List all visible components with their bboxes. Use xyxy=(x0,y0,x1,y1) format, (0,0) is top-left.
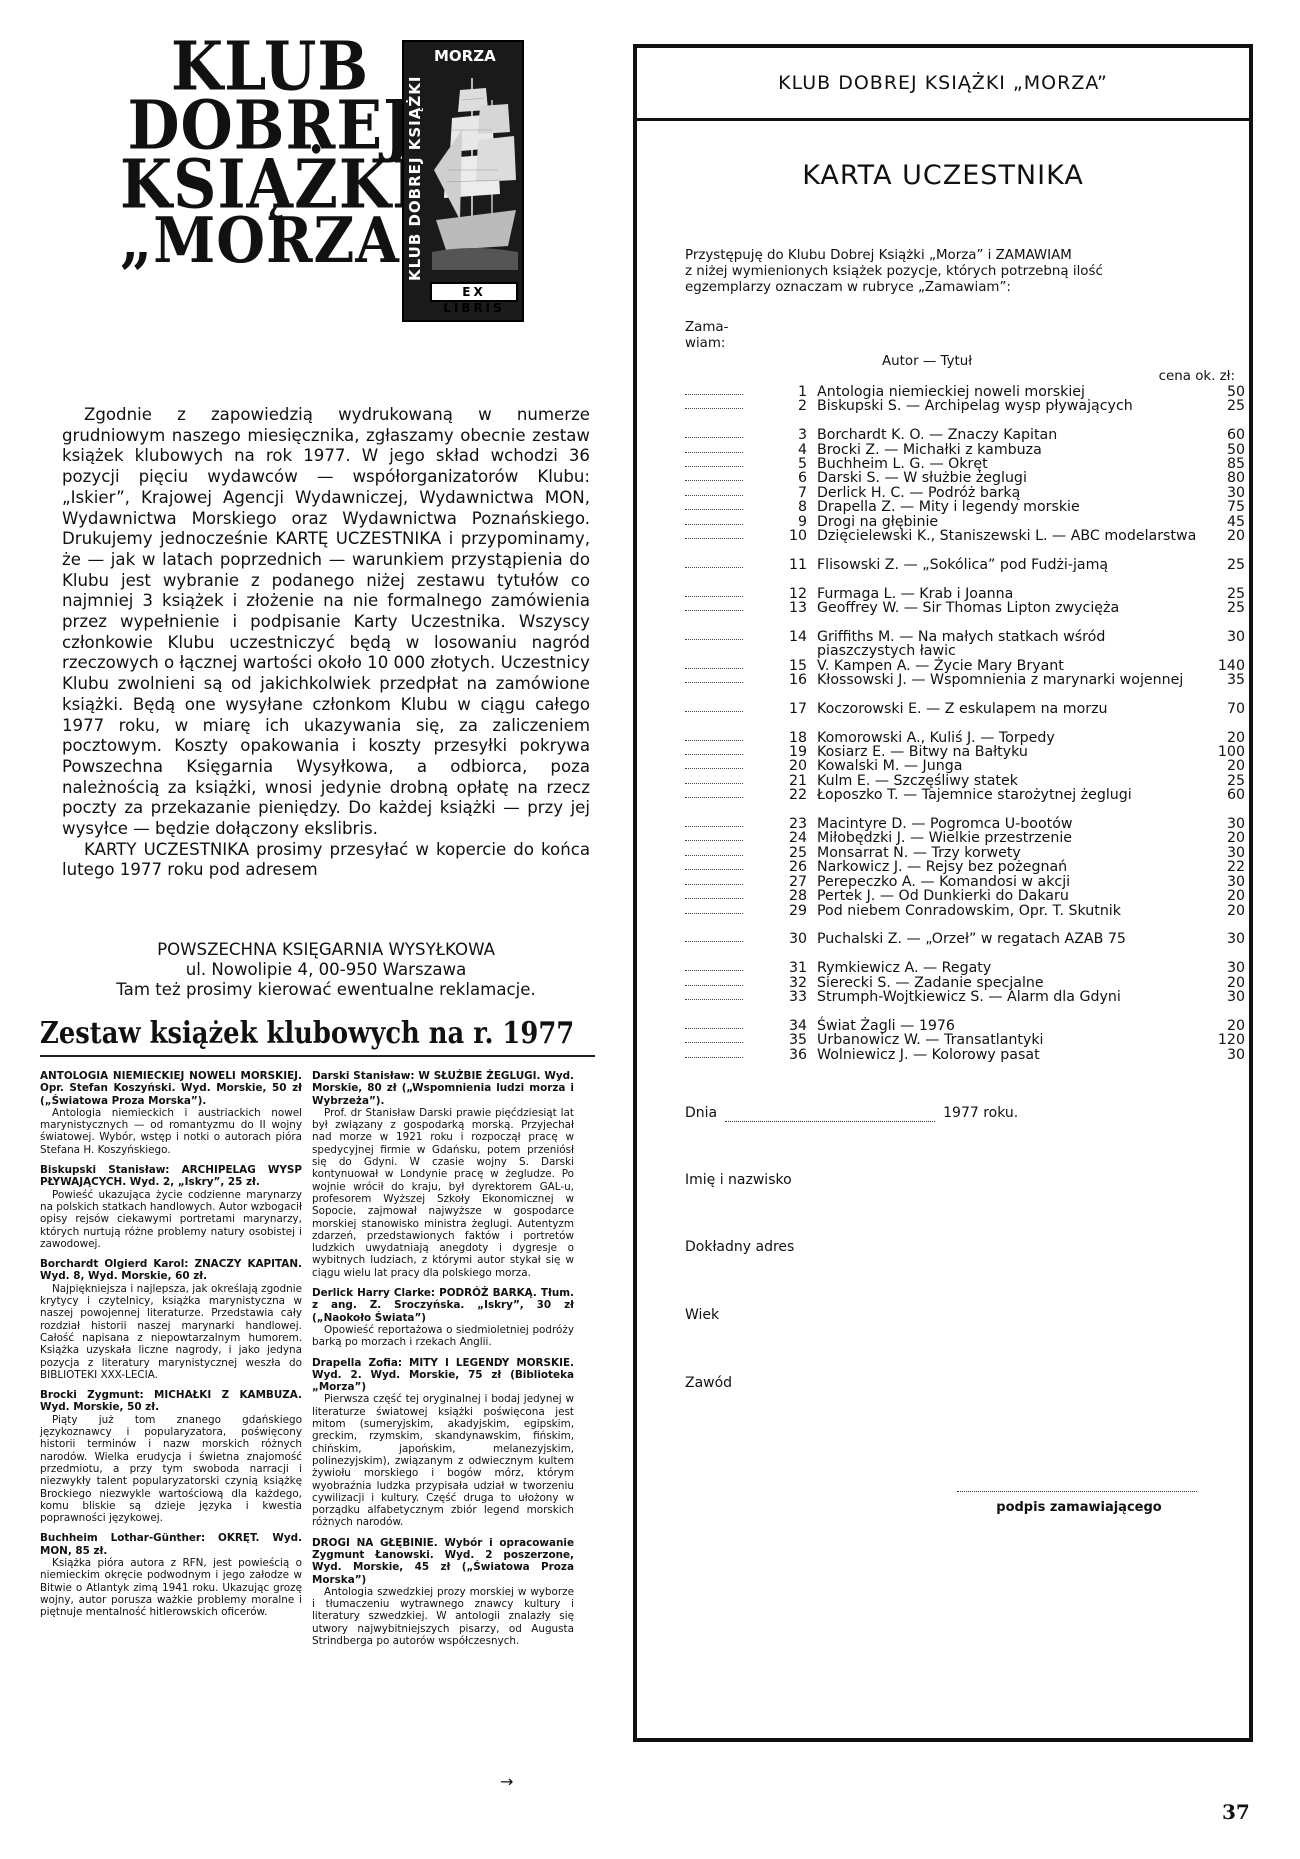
book-entry-description: Opowieść reportażowa o siedmioletniej po… xyxy=(312,1324,574,1349)
book-price: 100 xyxy=(1205,745,1245,759)
book-descriptions-column-b: Darski Stanisław: W SŁUŻBIE ŻEGLUGI. Wyd… xyxy=(312,1070,574,1655)
book-price: 50 xyxy=(1205,443,1245,457)
book-order-row: 4Brocki Z. — Michałki z kambuza50 xyxy=(685,443,1245,457)
book-entry: Brocki Zygmunt: MICHAŁKI Z KAMBUZA. Wyd.… xyxy=(40,1389,302,1524)
quantity-input-line[interactable] xyxy=(685,860,743,870)
author-title-column-header: Autor — Tytuł xyxy=(882,354,972,369)
book-order-row: 15V. Kampen A. — Życie Mary Bryant140 xyxy=(685,659,1245,673)
book-number: 11 xyxy=(781,558,807,587)
book-price: 30 xyxy=(1205,630,1245,659)
book-number: 25 xyxy=(781,846,807,860)
book-order-row: 34Świat Żagli — 197620 xyxy=(685,1019,1245,1033)
card-intro: Przystępuję do Klubu Dobrej Książki „Mor… xyxy=(685,248,1205,296)
book-order-row: 25Monsarrat N. — Trzy korwety30 xyxy=(685,846,1245,860)
masthead-line: „MORZA“ xyxy=(120,211,420,272)
book-entry-heading: Borchardt Olgierd Karol: ZNACZY KAPITAN.… xyxy=(40,1258,302,1283)
book-order-row: 18Komorowski A., Kuliś J. — Torpedy20 xyxy=(685,731,1245,745)
book-price: 25 xyxy=(1205,601,1245,630)
divider xyxy=(637,118,1249,121)
book-price: 20 xyxy=(1205,759,1245,773)
book-price: 30 xyxy=(1205,990,1245,1019)
book-order-row: 8Drapella Z. — Mity i legendy morskie75 xyxy=(685,500,1245,514)
book-price: 45 xyxy=(1205,515,1245,529)
book-number: 6 xyxy=(781,471,807,485)
book-order-row: 6Darski S. — W służbie żeglugi80 xyxy=(685,471,1245,485)
book-order-row: 5Buchheim L. G. — Okręt85 xyxy=(685,457,1245,471)
order-label-line: Zama- xyxy=(685,320,728,336)
book-author-title: Koczorowski E. — Z eskulapem na morzu xyxy=(817,702,1205,731)
quantity-input-line[interactable] xyxy=(685,817,743,827)
book-order-row: 19Kosiarz E. — Bitwy na Bałtyku100 xyxy=(685,745,1245,759)
book-order-row: 22Łoposzko T. — Tajemnice starożytnej że… xyxy=(685,788,1245,817)
book-entry-heading: ANTOLOGIA NIEMIECKIEJ NOWELI MORSKIEJ. O… xyxy=(40,1070,302,1107)
book-order-row: 2Biskupski S. — Archipelag wysp pływając… xyxy=(685,399,1245,428)
book-order-row: 7Derlick H. C. — Podróż barką30 xyxy=(685,486,1245,500)
book-order-row: 12Furmaga L. — Krab i Joanna25 xyxy=(685,587,1245,601)
mailing-address: POWSZECHNA KSIĘGARNIA WYSYŁKOWA ul. Nowo… xyxy=(62,940,590,1000)
quantity-input-line[interactable] xyxy=(685,515,743,525)
book-number: 2 xyxy=(781,399,807,428)
section-title: Zestaw książek klubowych na r. 1977 xyxy=(40,1016,522,1051)
book-order-row: 9Drogi na głębinie45 xyxy=(685,515,1245,529)
book-order-row: 33Strumph-Wojtkiewicz S. — Alarm dla Gdy… xyxy=(685,990,1245,1019)
card-intro-line: z niżej wymienionych książek pozycje, kt… xyxy=(685,264,1205,280)
exlibris-top-label: MORZA xyxy=(430,46,500,66)
book-author-title: Brocki Z. — Michałki z kambuza xyxy=(817,443,1205,457)
book-entry-description: Najpiękniejsza i najlepsza, jak określaj… xyxy=(40,1283,302,1381)
book-author-title: Drapella Z. — Mity i legendy morskie xyxy=(817,500,1205,514)
book-number: 4 xyxy=(781,443,807,457)
page-number: 37 xyxy=(1222,1800,1250,1824)
book-price: 20 xyxy=(1205,529,1245,558)
book-author-title: Geoffrey W. — Sir Thomas Lipton zwycięża xyxy=(817,601,1205,630)
book-author-title: Kosiarz E. — Bitwy na Bałtyku xyxy=(817,745,1205,759)
book-entry-description: Książka pióra autora z RFN, jest powieśc… xyxy=(40,1557,302,1618)
quantity-input-line[interactable] xyxy=(685,500,743,510)
book-number: 27 xyxy=(781,875,807,889)
signature-label: podpis zamawiającego xyxy=(959,1500,1199,1515)
quantity-input-line[interactable] xyxy=(685,601,743,611)
book-number: 18 xyxy=(781,731,807,745)
book-price: 85 xyxy=(1205,457,1245,471)
intro-paragraph: Zgodnie z zapowiedzią wydrukowaną w nume… xyxy=(62,405,590,840)
book-order-row: 31Rymkiewicz A. — Regaty30 xyxy=(685,961,1245,975)
book-number: 9 xyxy=(781,515,807,529)
book-entry: Borchardt Olgierd Karol: ZNACZY KAPITAN.… xyxy=(40,1258,302,1381)
book-order-row: 27Perepeczko A. — Komandosi w akcji30 xyxy=(685,875,1245,889)
order-column-label: Zama- wiam: xyxy=(685,320,728,352)
book-author-title: Sierecki S. — Zadanie specjalne xyxy=(817,976,1205,990)
book-price: 75 xyxy=(1205,500,1245,514)
divider xyxy=(40,1055,595,1057)
intro-article: Zgodnie z zapowiedzią wydrukowaną w nume… xyxy=(62,405,590,881)
book-order-row: 16Kłossowski J. — Wspomnienia z marynark… xyxy=(685,673,1245,702)
book-number: 34 xyxy=(781,1019,807,1033)
book-entry-heading: Derlick Harry Clarke: PODRÓŻ BARKĄ. Tłum… xyxy=(312,1287,574,1324)
book-price: 120 xyxy=(1205,1033,1245,1047)
quantity-input-line[interactable] xyxy=(685,630,743,640)
book-author-title: Biskupski S. — Archipelag wysp pływający… xyxy=(817,399,1205,428)
book-entry: Biskupski Stanisław: ARCHIPELAG WYSP PŁY… xyxy=(40,1164,302,1250)
book-author-title: Urbanowicz W. — Transatlantyki xyxy=(817,1033,1205,1047)
book-author-title: Darski S. — W służbie żeglugi xyxy=(817,471,1205,485)
book-number: 12 xyxy=(781,587,807,601)
book-price: 30 xyxy=(1205,961,1245,975)
book-order-row: 35Urbanowicz W. — Transatlantyki120 xyxy=(685,1033,1245,1047)
book-author-title: Miłobędzki J. — Wielkie przestrzenie xyxy=(817,831,1205,845)
book-author-title: Flisowski Z. — „Sokólica” pod Fudżi-jamą xyxy=(817,558,1205,587)
quantity-input-line[interactable] xyxy=(685,587,743,597)
book-number: 28 xyxy=(781,889,807,903)
book-price: 25 xyxy=(1205,399,1245,428)
quantity-input-line[interactable] xyxy=(685,745,743,755)
book-number: 22 xyxy=(781,788,807,817)
book-price: 35 xyxy=(1205,673,1245,702)
book-price: 25 xyxy=(1205,587,1245,601)
exlibris-bottom-label: EX LIBRIS xyxy=(430,282,518,302)
book-price: 30 xyxy=(1205,486,1245,500)
address-line: ul. Nowolipie 4, 00-950 Warszawa xyxy=(62,960,590,980)
age-field-label[interactable]: Wiek xyxy=(685,1307,719,1323)
book-number: 17 xyxy=(781,702,807,731)
quantity-input-line[interactable] xyxy=(685,486,743,496)
masthead-title: KLUB DOBREJ KSIĄŻKI „MORZA“ xyxy=(120,38,420,269)
book-price: 50 xyxy=(1205,385,1245,399)
book-price: 22 xyxy=(1205,860,1245,874)
book-number: 24 xyxy=(781,831,807,845)
book-entry-heading: Brocki Zygmunt: MICHAŁKI Z KAMBUZA. Wyd.… xyxy=(40,1389,302,1414)
book-price: 30 xyxy=(1205,846,1245,860)
book-entry: ANTOLOGIA NIEMIECKIEJ NOWELI MORSKIEJ. O… xyxy=(40,1070,302,1156)
book-order-row: 28Pertek J. — Od Dunkierki do Dakaru20 xyxy=(685,889,1245,903)
book-entry-heading: Buchheim Lothar-Günther: OKRĘT. Wyd. MON… xyxy=(40,1532,302,1557)
book-author-title: Kłossowski J. — Wspomnienia z marynarki … xyxy=(817,673,1205,702)
book-price: 80 xyxy=(1205,471,1245,485)
book-order-row: 29Pod niebem Conradowskim, Opr. T. Skutn… xyxy=(685,904,1245,933)
quantity-input-line[interactable] xyxy=(685,846,743,856)
address-line: POWSZECHNA KSIĘGARNIA WYSYŁKOWA xyxy=(62,940,590,960)
book-number: 8 xyxy=(781,500,807,514)
book-number: 7 xyxy=(781,486,807,500)
book-author-title: Wolniewicz J. — Kolorowy pasat xyxy=(817,1048,1205,1062)
book-order-row: 3Borchardt K. O. — Znaczy Kapitan60 xyxy=(685,428,1245,442)
occupation-field-label[interactable]: Zawód xyxy=(685,1375,732,1391)
quantity-input-line[interactable] xyxy=(685,471,743,481)
book-price: 25 xyxy=(1205,774,1245,788)
book-number: 20 xyxy=(781,759,807,773)
book-author-title: Buchheim L. G. — Okręt xyxy=(817,457,1205,471)
continue-arrow-icon: → xyxy=(500,1772,513,1791)
book-price: 20 xyxy=(1205,831,1245,845)
quantity-input-line[interactable] xyxy=(685,990,743,1000)
book-entry-heading: DROGI NA GŁĘBINIE. Wybór i opracowanie Z… xyxy=(312,1537,574,1586)
book-order-row: 21Kulm E. — Szczęśliwy statek25 xyxy=(685,774,1245,788)
book-order-row: 10Dzięcielewski K., Staniszewski L. — AB… xyxy=(685,529,1245,558)
quantity-input-line[interactable] xyxy=(685,774,743,784)
card-title: KARTA UCZESTNIKA xyxy=(637,160,1249,191)
book-number: 13 xyxy=(781,601,807,630)
book-order-row: 36Wolniewicz J. — Kolorowy pasat30 xyxy=(685,1048,1245,1062)
date-suffix: 1977 roku. xyxy=(943,1105,1018,1121)
date-field[interactable]: Dnia 1977 roku. xyxy=(685,1105,1018,1122)
quantity-input-line[interactable] xyxy=(685,731,743,741)
book-order-row: 26Narkowicz J. — Rejsy bez pożegnań22 xyxy=(685,860,1245,874)
book-order-row: 32Sierecki S. — Zadanie specjalne20 xyxy=(685,976,1245,990)
book-entry-description: Antologia niemieckich i austriackich now… xyxy=(40,1107,302,1156)
book-author-title: Kulm E. — Szczęśliwy statek xyxy=(817,774,1205,788)
book-entry: Buchheim Lothar-Günther: OKRĘT. Wyd. MON… xyxy=(40,1532,302,1618)
quantity-input-line[interactable] xyxy=(685,529,743,539)
card-header: KLUB DOBREJ KSIĄŻKI „MORZA” xyxy=(637,48,1249,122)
book-author-title: Drogi na głębinie xyxy=(817,515,1205,529)
signature-line[interactable] xyxy=(957,1491,1197,1492)
book-price: 30 xyxy=(1205,817,1245,831)
book-number: 1 xyxy=(781,385,807,399)
book-price: 20 xyxy=(1205,889,1245,903)
quantity-input-line[interactable] xyxy=(685,673,743,683)
quantity-input-line[interactable] xyxy=(685,961,743,971)
quantity-input-line[interactable] xyxy=(685,558,743,568)
book-price: 25 xyxy=(1205,558,1245,587)
quantity-input-line[interactable] xyxy=(685,428,743,438)
book-entry-description: Piąty już tom znanego gdańskiego językoz… xyxy=(40,1414,302,1525)
book-number: 19 xyxy=(781,745,807,759)
book-price: 20 xyxy=(1205,976,1245,990)
book-entry-heading: Darski Stanisław: W SŁUŻBIE ŻEGLUGI. Wyd… xyxy=(312,1070,574,1107)
book-author-title: Komorowski A., Kuliś J. — Torpedy xyxy=(817,731,1205,745)
quantity-input-line[interactable] xyxy=(685,889,743,899)
book-entry: Darski Stanisław: W SŁUŻBIE ŻEGLUGI. Wyd… xyxy=(312,1070,574,1279)
book-number: 30 xyxy=(781,932,807,961)
book-author-title: Monsarrat N. — Trzy korwety xyxy=(817,846,1205,860)
book-author-title: Pertek J. — Od Dunkierki do Dakaru xyxy=(817,889,1205,903)
book-entry: Drapella Zofia: MITY I LEGENDY MORSKIE. … xyxy=(312,1357,574,1529)
address-field-label[interactable]: Dokładny adres xyxy=(685,1239,794,1255)
book-author-title: Puchalski Z. — „Orzeł” w regatach AZAB 7… xyxy=(817,932,1205,961)
book-number: 26 xyxy=(781,860,807,874)
book-order-row: 23Macintyre D. — Pogromca U-bootów30 xyxy=(685,817,1245,831)
book-descriptions-column-a: ANTOLOGIA NIEMIECKIEJ NOWELI MORSKIEJ. O… xyxy=(40,1070,302,1626)
quantity-input-line[interactable] xyxy=(685,759,743,769)
book-order-row: 14Griffiths M. — Na małych statkach wśró… xyxy=(685,630,1245,659)
book-number: 15 xyxy=(781,659,807,673)
quantity-input-line[interactable] xyxy=(685,1048,743,1058)
book-author-title: Kowalski M. — Junga xyxy=(817,759,1205,773)
book-price: 30 xyxy=(1205,932,1245,961)
intro-paragraph: KARTY UCZESTNIKA prosimy przesyłać w kop… xyxy=(62,840,590,881)
book-order-row: 24Miłobędzki J. — Wielkie przestrzenie20 xyxy=(685,831,1245,845)
book-order-row: 1Antologia niemieckiej noweli morskiej50 xyxy=(685,385,1245,399)
quantity-input-line[interactable] xyxy=(685,659,743,669)
book-author-title: Macintyre D. — Pogromca U-bootów xyxy=(817,817,1205,831)
name-field-label[interactable]: Imię i nazwisko xyxy=(685,1172,792,1188)
book-price: 30 xyxy=(1205,1048,1245,1062)
book-entry: DROGI NA GŁĘBINIE. Wybór i opracowanie Z… xyxy=(312,1537,574,1648)
book-author-title: Rymkiewicz A. — Regaty xyxy=(817,961,1205,975)
book-entry-description: Powieść ukazująca życie codzienne maryna… xyxy=(40,1189,302,1250)
book-number: 14 xyxy=(781,630,807,659)
price-column-header: cena ok. zł: xyxy=(1159,369,1235,384)
book-author-title: Pod niebem Conradowskim, Opr. T. Skutnik xyxy=(817,904,1205,933)
quantity-input-line[interactable] xyxy=(685,1019,743,1029)
book-author-title: Łoposzko T. — Tajemnice starożytnej żegl… xyxy=(817,788,1205,817)
book-entry-description: Prof. dr Stanisław Darski prawie pięćdzi… xyxy=(312,1107,574,1279)
book-number: 16 xyxy=(781,673,807,702)
book-entry-heading: Drapella Zofia: MITY I LEGENDY MORSKIE. … xyxy=(312,1357,574,1394)
book-order-row: 20Kowalski M. — Junga20 xyxy=(685,759,1245,773)
book-number: 5 xyxy=(781,457,807,471)
book-price: 60 xyxy=(1205,788,1245,817)
book-author-title: Antologia niemieckiej noweli morskiej xyxy=(817,385,1205,399)
address-line: Tam też prosimy kierować ewentualne rekl… xyxy=(62,980,590,1000)
quantity-input-line[interactable] xyxy=(685,702,743,712)
book-price: 20 xyxy=(1205,731,1245,745)
book-number: 33 xyxy=(781,990,807,1019)
book-price: 70 xyxy=(1205,702,1245,731)
book-order-row: 13Geoffrey W. — Sir Thomas Lipton zwycię… xyxy=(685,601,1245,630)
quantity-input-line[interactable] xyxy=(685,875,743,885)
card-intro-line: egzemplarzy oznaczam w rubryce „Zamawiam… xyxy=(685,280,1205,296)
quantity-input-line[interactable] xyxy=(685,831,743,841)
book-author-title: Perepeczko A. — Komandosi w akcji xyxy=(817,875,1205,889)
book-number: 21 xyxy=(781,774,807,788)
book-number: 36 xyxy=(781,1048,807,1062)
book-author-title: Borchardt K. O. — Znaczy Kapitan xyxy=(817,428,1205,442)
quantity-input-line[interactable] xyxy=(685,904,743,914)
quantity-input-line[interactable] xyxy=(685,399,743,409)
book-number: 32 xyxy=(781,976,807,990)
book-price: 30 xyxy=(1205,875,1245,889)
book-entry: Derlick Harry Clarke: PODRÓŻ BARKĄ. Tłum… xyxy=(312,1287,574,1348)
book-price: 60 xyxy=(1205,428,1245,442)
book-entry-heading: Biskupski Stanisław: ARCHIPELAG WYSP PŁY… xyxy=(40,1164,302,1189)
book-author-title: Furmaga L. — Krab i Joanna xyxy=(817,587,1205,601)
book-author-title: Strumph-Wojtkiewicz S. — Alarm dla Gdyni xyxy=(817,990,1205,1019)
book-author-title: Świat Żagli — 1976 xyxy=(817,1019,1205,1033)
book-number: 23 xyxy=(781,817,807,831)
book-price: 140 xyxy=(1205,659,1245,673)
book-order-list: 1Antologia niemieckiej noweli morskiej50… xyxy=(685,385,1245,1062)
book-number: 10 xyxy=(781,529,807,558)
book-author-title: Narkowicz J. — Rejsy bez pożegnań xyxy=(817,860,1205,874)
book-number: 3 xyxy=(781,428,807,442)
sailing-ship-icon xyxy=(432,70,518,280)
exlibris-stamp: KLUB DOBREJ KSIĄŻKI MORZA EX LIBRIS xyxy=(402,40,524,322)
quantity-input-line[interactable] xyxy=(685,1033,743,1043)
book-order-row: 30Puchalski Z. — „Orzeł” w regatach AZAB… xyxy=(685,932,1245,961)
quantity-input-line[interactable] xyxy=(685,932,743,942)
card-intro-line: Przystępuję do Klubu Dobrej Książki „Mor… xyxy=(685,248,1205,264)
book-author-title: Dzięcielewski K., Staniszewski L. — ABC … xyxy=(817,529,1205,558)
book-order-row: 11Flisowski Z. — „Sokólica” pod Fudżi-ja… xyxy=(685,558,1245,587)
book-author-title: Derlick H. C. — Podróż barką xyxy=(817,486,1205,500)
book-author-title: Griffiths M. — Na małych statkach wśród … xyxy=(817,630,1205,659)
quantity-input-line[interactable] xyxy=(685,788,743,798)
book-entry-description: Pierwsza część tej oryginalnej i bodaj j… xyxy=(312,1393,574,1528)
date-input-line[interactable] xyxy=(725,1105,935,1122)
book-number: 29 xyxy=(781,904,807,933)
book-order-row: 17Koczorowski E. — Z eskulapem na morzu7… xyxy=(685,702,1245,731)
quantity-input-line[interactable] xyxy=(685,457,743,467)
date-label: Dnia xyxy=(685,1105,717,1121)
book-author-title: V. Kampen A. — Życie Mary Bryant xyxy=(817,659,1205,673)
book-entry-description: Antologia szwedzkiej prozy morskiej w wy… xyxy=(312,1586,574,1647)
exlibris-vertical-text: KLUB DOBREJ KSIĄŻKI xyxy=(406,48,428,308)
book-number: 31 xyxy=(781,961,807,975)
quantity-input-line[interactable] xyxy=(685,976,743,986)
quantity-input-line[interactable] xyxy=(685,443,743,453)
book-price: 20 xyxy=(1205,1019,1245,1033)
participant-card-form: KLUB DOBREJ KSIĄŻKI „MORZA” KARTA UCZEST… xyxy=(633,44,1253,1742)
book-number: 35 xyxy=(781,1033,807,1047)
order-label-line: wiam: xyxy=(685,336,728,352)
quantity-input-line[interactable] xyxy=(685,385,743,395)
book-price: 20 xyxy=(1205,904,1245,933)
